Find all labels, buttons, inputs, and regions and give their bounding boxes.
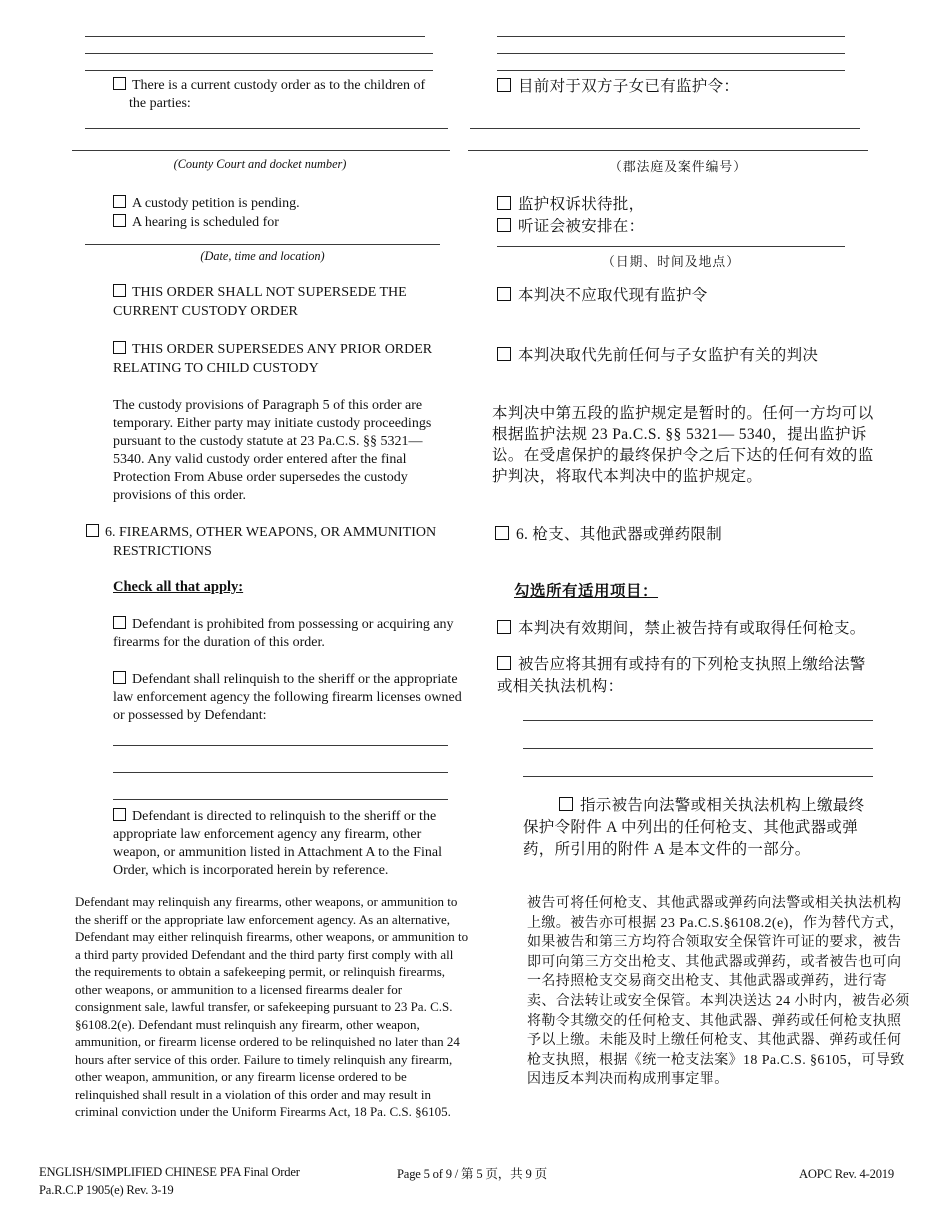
fill-line[interactable]: [85, 244, 440, 245]
footer-left: ENGLISH/SIMPLIFIED CHINESE PFA Final Ord…: [39, 1164, 369, 1199]
fill-line[interactable]: [497, 246, 845, 247]
attachment-label-en: Defendant is directed to relinquish to t…: [113, 809, 442, 878]
fill-line[interactable]: [85, 70, 433, 71]
prohibited-label-en: Defendant is prohibited from possessing …: [113, 617, 454, 650]
licenses-item-en: Defendant shall relinquish to the sherif…: [113, 671, 465, 725]
custody-order-item-en: There is a current custody order as to t…: [113, 77, 439, 113]
fill-line[interactable]: [497, 36, 845, 37]
hearing-scheduled-checkbox[interactable]: [113, 214, 126, 227]
fill-line[interactable]: [85, 53, 433, 54]
fill-line[interactable]: [468, 150, 868, 151]
fill-line[interactable]: [113, 799, 448, 800]
fill-line[interactable]: [523, 720, 873, 721]
hearing-scheduled-label-en: A hearing is scheduled for: [132, 215, 279, 230]
supersedes-label-en: THIS ORDER SUPERSEDES ANY PRIOR ORDER RE…: [113, 342, 432, 376]
fill-line[interactable]: [523, 748, 873, 749]
hearing-scheduled-item-en: A hearing is scheduled for: [113, 214, 465, 232]
licenses-label-zh: 被告应将其拥有或持有的下列枪支执照上缴给法警或相关执法机构：: [497, 656, 866, 695]
fill-line[interactable]: [497, 53, 845, 54]
prohibited-checkbox-zh[interactable]: [497, 620, 511, 634]
custody-petition-item-en: A custody petition is pending.: [113, 195, 465, 213]
date-time-caption-zh: （日期、时间及地点）: [497, 251, 845, 270]
custody-note-zh: 本判决中第五段的监护规定是暂时的。任何一方均可以根据监护法规 23 Pa.C.S…: [492, 403, 882, 487]
custody-note-en: The custody provisions of Paragraph 5 of…: [113, 397, 447, 505]
attachment-checkbox[interactable]: [113, 808, 126, 821]
prohibited-item-zh: 本判决有效期间，禁止被告持有或取得任何枪支。: [497, 618, 885, 639]
section6-checkbox[interactable]: [86, 524, 99, 537]
fill-line[interactable]: [497, 70, 845, 71]
hearing-scheduled-checkbox-zh[interactable]: [497, 218, 511, 232]
section6-label-en: 6. FIREARMS, OTHER WEAPONS, OR AMMUNITIO…: [105, 525, 436, 559]
date-time-caption-en: (Date, time and location): [85, 249, 440, 264]
form-page: There is a current custody order as to t…: [0, 0, 950, 1230]
not-supersede-label-zh: 本判决不应取代现有监护令: [518, 287, 708, 304]
attachment-label-zh: 指示被告向法警或相关执法机构上缴最终保护令附件 A 中列出的任何枪支、其他武器或…: [523, 797, 864, 858]
county-court-caption-en: (County Court and docket number): [85, 157, 435, 172]
not-supersede-item-en: THIS ORDER SHALL NOT SUPERSEDE THE CURRE…: [113, 284, 453, 321]
custody-order-label-en: There is a current custody order as to t…: [129, 78, 425, 111]
fill-line[interactable]: [72, 150, 450, 151]
footer-rule-number: Pa.R.C.P 1905(e) Rev. 3-19: [39, 1182, 369, 1200]
supersedes-checkbox[interactable]: [113, 341, 126, 354]
section6-item-en: 6. FIREARMS, OTHER WEAPONS, OR AMMUNITIO…: [86, 524, 505, 561]
custody-order-item-zh: 目前对于双方子女已有监护令：: [497, 76, 882, 97]
custody-order-checkbox-zh[interactable]: [497, 78, 511, 92]
attachment-item-zh: 指示被告向法警或相关执法机构上缴最终保护令附件 A 中列出的任何枪支、其他武器或…: [523, 795, 875, 861]
footer-form-title: ENGLISH/SIMPLIFIED CHINESE PFA Final Ord…: [39, 1164, 369, 1182]
section6-label-zh: 6. 枪支、其他武器或弹药限制: [516, 526, 722, 543]
supersedes-item-en: THIS ORDER SUPERSEDES ANY PRIOR ORDER RE…: [113, 341, 453, 378]
footer-page-number: Page 5 of 9 / 第 5 页，共 9 页: [397, 1166, 657, 1184]
licenses-label-en: Defendant shall relinquish to the sherif…: [113, 672, 462, 723]
section6-checkbox-zh[interactable]: [495, 526, 509, 540]
fill-line[interactable]: [470, 128, 860, 129]
fill-line[interactable]: [113, 745, 448, 746]
prohibited-item-en: Defendant is prohibited from possessing …: [113, 616, 465, 652]
county-court-caption-zh: （郡法庭及案件编号）: [478, 156, 878, 175]
english-column: There is a current custody order as to t…: [72, 0, 472, 1230]
check-all-heading-zh: 勾选所有适用项目：: [514, 579, 874, 601]
fill-line[interactable]: [85, 36, 425, 37]
supersedes-item-zh: 本判决取代先前任何与子女监护有关的判决: [497, 345, 882, 366]
custody-petition-item-zh: 监护权诉状待批，: [497, 194, 882, 215]
section6-item-zh: 6. 枪支、其他武器或弹药限制: [495, 524, 880, 545]
prohibited-label-zh: 本判决有效期间，禁止被告持有或取得任何枪支。: [518, 620, 866, 637]
supersedes-checkbox-zh[interactable]: [497, 347, 511, 361]
licenses-item-zh: 被告应将其拥有或持有的下列枪支执照上缴给法警或相关执法机构：: [497, 654, 879, 698]
custody-order-checkbox[interactable]: [113, 77, 126, 90]
custody-petition-label-en: A custody petition is pending.: [132, 196, 300, 211]
footer-revision: AOPC Rev. 4-2019: [799, 1166, 919, 1184]
custody-petition-checkbox[interactable]: [113, 195, 126, 208]
custody-petition-checkbox-zh[interactable]: [497, 196, 511, 210]
not-supersede-checkbox[interactable]: [113, 284, 126, 297]
attachment-checkbox-zh[interactable]: [559, 797, 573, 811]
not-supersede-checkbox-zh[interactable]: [497, 287, 511, 301]
custody-petition-label-zh: 监护权诉状待批，: [518, 196, 644, 213]
relinquish-note-en: Defendant may relinquish any firearms, o…: [75, 893, 469, 1121]
custody-order-label-zh: 目前对于双方子女已有监护令：: [518, 78, 739, 95]
fill-line[interactable]: [85, 128, 448, 129]
attachment-item-en: Defendant is directed to relinquish to t…: [113, 808, 465, 880]
prohibited-checkbox[interactable]: [113, 616, 126, 629]
check-all-heading-en: Check all that apply:: [113, 579, 465, 596]
not-supersede-label-en: THIS ORDER SHALL NOT SUPERSEDE THE CURRE…: [113, 285, 407, 319]
not-supersede-item-zh: 本判决不应取代现有监护令: [497, 285, 882, 306]
licenses-checkbox-zh[interactable]: [497, 656, 511, 670]
hearing-scheduled-label-zh: 听证会被安排在：: [518, 218, 644, 235]
fill-line[interactable]: [113, 772, 448, 773]
fill-line[interactable]: [523, 776, 873, 777]
supersedes-label-zh: 本判决取代先前任何与子女监护有关的判决: [518, 347, 818, 364]
licenses-checkbox[interactable]: [113, 671, 126, 684]
chinese-column: 目前对于双方子女已有监护令： （郡法庭及案件编号） 监护权诉状待批， 听证会被安…: [478, 0, 882, 1230]
hearing-scheduled-item-zh: 听证会被安排在：: [497, 216, 882, 237]
relinquish-note-zh: 被告可将任何枪支、其他武器或弹药向法警或相关执法机构上缴。被告亦可根据 23 P…: [527, 894, 911, 1090]
